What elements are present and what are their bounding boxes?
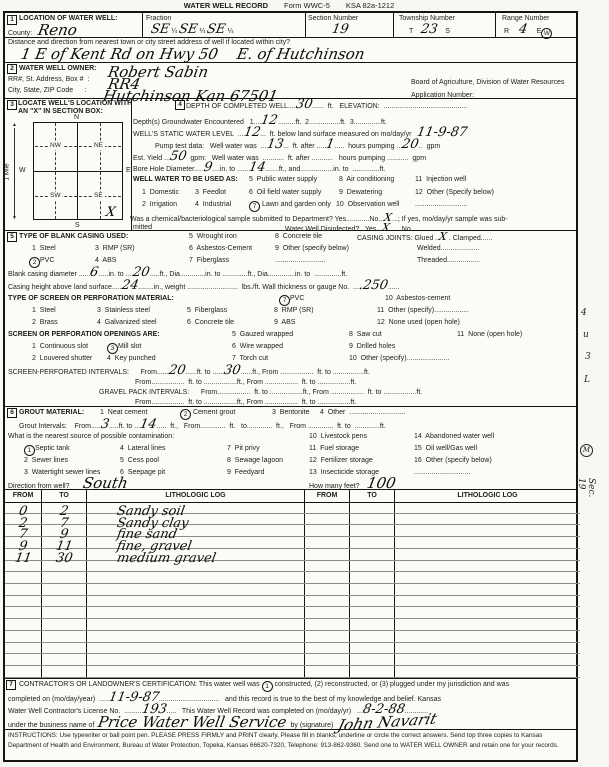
form-text: ..... ft., From............. ft. to.....… <box>157 423 386 430</box>
table-row: 27Sandy clay <box>5 514 580 526</box>
handwritten-value: E. of Hutchinson <box>237 51 366 58</box>
table-cell <box>305 514 350 525</box>
table-row <box>5 619 580 631</box>
column-header-from: FROM <box>305 489 350 502</box>
handwritten-value: 0 <box>18 508 28 515</box>
table-cell <box>5 666 42 677</box>
form-text: .....ft. to ... <box>109 423 140 430</box>
openings-heading: SCREEN OR PERFORATION OPENINGS ARE: <box>8 331 160 339</box>
form-text: Casing height above land surface..... <box>8 284 122 291</box>
margin-mark: 3 <box>585 352 591 362</box>
table-cell <box>87 572 305 583</box>
form-text: Grout Intervals: From..... <box>19 423 101 430</box>
form-text: Was a chemical/bacteriological sample su… <box>130 216 384 223</box>
table-cell <box>395 643 580 654</box>
option-fertilizer-storage: 12 Fertilizer storage <box>309 457 373 465</box>
casing-height-line: Casing height above land surface.....24.… <box>8 282 400 292</box>
section4-number-box: 4 <box>175 100 185 110</box>
bore-hole-diameter-line: Bore Hole Diameter.....9....in. to .....… <box>133 164 385 174</box>
option-concrete-tile-screen: 6 Concrete tile <box>187 319 234 327</box>
option-other-screen: 11 Other (specify).................. <box>377 307 469 315</box>
option-rmp-sr: 3 RMP (SR) <box>95 245 135 253</box>
divider <box>5 678 576 679</box>
option-steel-casing: 1 Steel <box>32 245 56 253</box>
table-row: 911fine, gravel <box>5 537 580 549</box>
form-body: 1 LOCATION OF WATER WELL: County: Reno F… <box>3 11 578 762</box>
option-neat-cement: 1 Neat cement <box>100 409 147 417</box>
table-cell <box>395 631 580 642</box>
table-cell: 7 <box>5 525 42 536</box>
form-text: Lawn and garden only <box>260 201 331 208</box>
certification-line-1: CONTRACTOR'S OR LANDOWNER'S CERTIFICATIO… <box>19 681 509 692</box>
form-text: SCREEN-PERFORATED INTERVALS: From...... <box>8 369 169 376</box>
table-cell <box>42 631 87 642</box>
column-header-lithologic-log: LITHOLOGIC LOG <box>395 489 580 502</box>
form-text: .........ft. 2................ft. 3.....… <box>278 119 387 126</box>
handwritten-value: 11 <box>55 543 73 550</box>
option-other-casing-dots: .......................... <box>275 257 326 265</box>
handwritten-value: 20 <box>402 141 420 148</box>
form-text: under the business name of <box>8 722 98 729</box>
handwritten-value: South <box>82 480 128 487</box>
handwritten-value: 9 <box>203 164 213 171</box>
table-cell <box>350 631 395 642</box>
table-cell <box>395 549 580 560</box>
form-number: Form WWC-5 <box>284 1 330 10</box>
table-cell <box>5 607 42 618</box>
option-torch-cut: 7 Torch cut <box>232 355 268 363</box>
column-header-from: FROM <box>5 489 42 502</box>
option-continuous-slot: 1 Continuous slot <box>32 343 88 351</box>
handwritten-value: Reno <box>37 27 77 34</box>
table-cell <box>305 666 350 677</box>
margin-mark: L <box>584 375 590 385</box>
circled-choice: 7 <box>279 295 290 306</box>
table-cell <box>305 561 350 572</box>
handwritten-value: fine sand <box>116 531 177 538</box>
table-cell <box>395 584 580 595</box>
handwritten-value: SE <box>179 26 199 33</box>
table-cell: Sandy clay <box>87 514 305 525</box>
table-cell <box>87 584 305 595</box>
option-pvc-screen-circled: 7PVC <box>279 295 304 306</box>
table-cell <box>350 525 395 536</box>
table-cell <box>395 619 580 630</box>
table-cell <box>5 643 42 654</box>
option-pit-privy: 7 Pit privy <box>227 445 260 453</box>
form-text: ...; If yes, mo/day/yr sample was sub- <box>392 216 508 223</box>
compass-north-label: N <box>74 114 79 122</box>
depth-completed-well-line: DEPTH OF COMPLETED WELL....30...... ft. … <box>186 101 467 111</box>
circled-choice: 2 <box>180 409 191 420</box>
table-cell <box>305 643 350 654</box>
column-header-to: TO <box>42 489 87 502</box>
form-text: .....ft., Dia.............in. to .......… <box>150 271 347 278</box>
handwritten-value: 2 <box>59 508 69 515</box>
section6-number-box: 6 <box>7 408 17 418</box>
table-cell: 30 <box>42 549 87 560</box>
screen-perforated-intervals-line: SCREEN-PERFORATED INTERVALS: From......2… <box>8 367 370 377</box>
table-row: 1130medium gravel <box>5 549 580 561</box>
interval-blank-line: From................. ft. to ...........… <box>135 379 356 387</box>
gravel-pack-intervals-line: GRAVEL PACK INTERVALS: From.............… <box>99 389 422 397</box>
table-cell <box>305 607 350 618</box>
table-cell: medium gravel <box>87 549 305 560</box>
option-irrigation: 2 Irrigation <box>142 201 177 209</box>
table-cell <box>350 537 395 548</box>
casing-joints-welded: Welded.................... <box>417 245 480 253</box>
option-feedlot: 3 Feedlot <box>195 189 226 197</box>
table-cell <box>87 619 305 630</box>
option-septic-tank-circled: 1Septic tank <box>24 445 70 456</box>
form-text: . Clamped...... <box>447 235 493 242</box>
handwritten-value: 9 <box>18 543 28 550</box>
table-cell <box>350 514 395 525</box>
form-text: Est. Yield ... <box>133 155 170 162</box>
handwritten-value: Price Water Well Service <box>98 719 288 726</box>
handwritten-value: 23 <box>420 26 438 33</box>
divider <box>495 13 496 37</box>
table-cell <box>5 596 42 607</box>
option-other-openings: 10 Other (specify)...................... <box>349 355 449 363</box>
table-cell <box>305 654 350 665</box>
table-cell <box>42 607 87 618</box>
handwritten-value: X <box>105 209 115 216</box>
compass-south-label: S <box>75 222 80 230</box>
margin-section-note: Sec. 19 <box>576 478 596 497</box>
table-row <box>5 631 580 643</box>
column-header-lithologic-log: LITHOLOGIC LOG <box>87 489 305 502</box>
circled-choice: 2 <box>29 257 40 268</box>
handwritten-value: SE <box>207 26 227 33</box>
option-wrought-iron: 5 Wrought iron <box>189 233 237 241</box>
address-label: RR#, St. Address, Box # : <box>8 76 89 84</box>
form-text: gpm: Well water was ........... ft. afte… <box>187 155 427 162</box>
table-cell <box>305 572 350 583</box>
option-public-water-supply: 5 Public water supply <box>249 176 317 184</box>
option-none-open-hole: 11 None (open hole) <box>457 331 522 339</box>
table-cell <box>87 596 305 607</box>
option-pvc-casing-circled: 2PVC <box>29 257 54 268</box>
quadrant-sw-label: SW <box>48 192 62 200</box>
divider <box>5 37 576 38</box>
table-cell: 0 <box>5 502 42 513</box>
table-cell <box>395 654 580 665</box>
casing-joints-glued-line: CASING JOINTS: Glued . X . Clamped...... <box>357 233 492 243</box>
table-row <box>5 666 580 678</box>
option-lawn-garden-circled: 7 Lawn and garden only <box>249 201 331 212</box>
table-row: 02Sandy soil <box>5 502 580 514</box>
table-cell <box>42 654 87 665</box>
table-cell <box>87 666 305 677</box>
table-cell <box>5 584 42 595</box>
well-location-x-mark: X <box>106 209 115 219</box>
handwritten-value: 50 <box>169 153 187 160</box>
distance-answer: 1 E of Kent Rd on Hwy 50 E. of Hutchinso… <box>21 51 365 62</box>
handwritten-value: 20 <box>168 367 186 374</box>
form-text: ... ft. after ..... <box>283 143 326 150</box>
option-sewage-lagoon: 8 Sewage lagoon <box>227 457 283 465</box>
table-cell <box>305 537 350 548</box>
city-label: City, State, ZIP Code : <box>8 87 87 95</box>
option-drilled-holes: 9 Drilled holes <box>349 343 395 351</box>
option-cess-pool: 5 Cess pool <box>120 457 159 465</box>
section3-number-box: 3 <box>7 100 17 110</box>
option-wire-wrapped: 6 Wire wrapped <box>232 343 283 351</box>
table-cell <box>395 596 580 607</box>
table-cell: Sandy soil <box>87 502 305 513</box>
table-cell <box>395 572 580 583</box>
form-text: County: <box>8 30 38 37</box>
section5-number-box: 5 <box>7 232 17 242</box>
use-heading: WELL WATER TO BE USED AS: <box>133 176 238 184</box>
option-observation-well: 10 Observation well <box>336 201 399 209</box>
form-text: CONTRACTOR'S OR LANDOWNER'S CERTIFICATIO… <box>19 681 262 688</box>
quadrant-nw-label: NW <box>48 142 63 150</box>
form-text: S <box>437 28 449 35</box>
form-text: ......ft., From ................. ft. to… <box>241 369 370 376</box>
table-cell <box>305 619 350 630</box>
form-text: Septic tank <box>35 445 70 452</box>
option-feedyard: 9 Feedyard <box>227 469 264 477</box>
handwritten-value: 11 <box>14 555 32 562</box>
quadrant-ne-label: NE <box>92 142 105 150</box>
table-cell <box>305 549 350 560</box>
quadrant-se-label: SE <box>92 192 105 200</box>
table-cell <box>5 619 42 630</box>
circled-choice: 3 <box>107 343 118 354</box>
table-cell <box>87 607 305 618</box>
option-other-contamination-dots: ............................. <box>414 469 470 477</box>
divider <box>393 13 394 37</box>
handwritten-value: 12 <box>243 129 261 136</box>
handwritten-value: 13 <box>266 141 284 148</box>
scanned-water-well-record: WATER WELL RECORD Form WWC-5 KSA 82a-121… <box>0 0 609 767</box>
table-cell <box>395 537 580 548</box>
table-row <box>5 584 580 596</box>
margin-mark: 4 <box>581 308 587 318</box>
section1-number-box: 1 <box>7 15 17 25</box>
form-text: ....in. to ...... <box>212 166 249 173</box>
divider <box>5 62 576 63</box>
table-cell <box>305 584 350 595</box>
quarter-dash <box>100 123 101 219</box>
table-cell <box>350 502 395 513</box>
table-cell <box>395 514 580 525</box>
form-text: Bore Hole Diameter..... <box>133 166 204 173</box>
table-cell <box>305 596 350 607</box>
form-text: Cement grout <box>191 409 235 416</box>
handwritten-value: 2 <box>18 520 28 527</box>
mile-scale-arrow-up: ▲ <box>12 123 17 128</box>
handwritten-value: 30 <box>55 555 73 562</box>
table-cell <box>395 666 580 677</box>
option-brass-screen: 2 Brass <box>32 319 58 327</box>
table-cell <box>87 631 305 642</box>
form-text: constructed, (2) reconstructed, or (3) p… <box>273 681 510 688</box>
compass-west-label: W <box>19 167 26 175</box>
form-text: E <box>527 28 541 35</box>
table-cell <box>305 502 350 513</box>
handwritten-value: 30 <box>295 101 313 108</box>
handwritten-value: 7 <box>59 520 69 527</box>
option-fiberglass-casing: 7 Fiberglass <box>189 257 229 265</box>
mile-scale-label: 1 Mile <box>4 163 12 180</box>
handwritten-value: 20 <box>133 269 151 276</box>
quarter-dash <box>55 123 56 219</box>
option-other-contamination: 16 Other (specify below) <box>414 457 492 465</box>
table-row <box>5 654 580 666</box>
table-cell: fine, gravel <box>87 537 305 548</box>
section3-heading-line2: AN "X" IN SECTION BOX: <box>18 108 103 116</box>
form-text: PVC <box>290 295 304 302</box>
table-cell: 7 <box>42 514 87 525</box>
table-cell <box>395 561 580 572</box>
form-text: .. gpm <box>419 143 440 150</box>
table-cell <box>87 643 305 654</box>
form-text: completed on (mo/day/year) ..... <box>8 696 109 703</box>
table-cell <box>5 654 42 665</box>
table-row <box>5 643 580 655</box>
form-title-row: WATER WELL RECORD Form WWC-5 KSA 82a-121… <box>0 1 578 10</box>
owner-label: WATER WELL OWNER: <box>19 65 97 73</box>
option-other-grout: 4 Other ............................. <box>320 409 406 417</box>
handwritten-value: medium gravel <box>116 555 216 562</box>
table-cell <box>350 654 395 665</box>
form-text: ......ft. to ...... <box>185 369 224 376</box>
form-text <box>218 54 237 61</box>
option-other-casing: 9 Other (specify below) <box>275 245 349 253</box>
form-text: R <box>504 28 519 35</box>
option-industrial: 4 Industrial <box>195 201 231 209</box>
option-mill-slot-circled: 3Mill slot <box>107 343 141 354</box>
option-abs-casing: 4 ABS <box>95 257 116 265</box>
grout-heading: GROUT MATERIAL: <box>19 409 84 417</box>
table-cell <box>350 596 395 607</box>
handwritten-value: 12 <box>261 117 279 124</box>
option-asbestos-cement-screen: 10 Asbestos-cement <box>385 295 450 303</box>
table-cell <box>42 666 87 677</box>
option-air-conditioning: 8 Air conditioning <box>339 176 394 184</box>
table-cell <box>395 502 580 513</box>
lithologic-table-header: FROM TO LITHOLOGIC LOG FROM TO LITHOLOGI… <box>5 489 580 502</box>
handwritten-value: 100 <box>367 480 397 487</box>
blank-casing-diameter-line: Blank casing diameter ......6.....in. to… <box>8 269 347 279</box>
table-cell <box>42 584 87 595</box>
form-text: Blank casing diameter ...... <box>8 271 90 278</box>
form-text: .....in. to .... <box>99 271 134 278</box>
option-none-used: 12 None used (open hole) <box>377 319 460 327</box>
handwritten-value: Sandy clay <box>116 520 189 527</box>
grout-intervals-line: Grout Intervals: From.....3.....ft. to .… <box>19 421 386 431</box>
circled-choice: 1 <box>24 445 35 456</box>
form-text: Mill slot <box>118 343 141 350</box>
compass-east-label: E <box>126 167 131 175</box>
table-cell <box>350 643 395 654</box>
option-fuel-storage: 11 Fuel storage <box>309 445 359 453</box>
mile-scale-arrow-down: ▼ <box>12 216 17 221</box>
contamination-heading: What is the nearest source of possible c… <box>8 433 174 441</box>
table-cell <box>42 619 87 630</box>
table-cell <box>5 572 42 583</box>
form-text: WELL'S STATIC WATER LEVEL ... <box>133 131 244 138</box>
form-text: ¼ <box>226 28 234 35</box>
handwritten-value: fine, gravel <box>116 543 192 550</box>
table-cell: 11 <box>42 537 87 548</box>
form-text: ...... ft. ELEVATION: ..................… <box>312 103 467 110</box>
option-louvered-shutter: 2 Louvered shutter <box>32 355 92 363</box>
table-cell: fine sand <box>87 525 305 536</box>
option-saw-cut: 8 Saw cut <box>349 331 382 339</box>
table-cell <box>42 643 87 654</box>
screen-material-heading: TYPE OF SCREEN OR PERFORATION MATERIAL: <box>8 295 174 303</box>
handwritten-value: 11-9-87 <box>417 129 468 136</box>
handwritten-value: X <box>384 214 393 221</box>
table-cell <box>350 619 395 630</box>
table-cell: 11 <box>5 549 42 560</box>
handwritten-value: John Navarit <box>337 716 437 730</box>
section2-number-box: 2 <box>7 64 17 74</box>
handwritten-value: 1 E of Kent Rd on Hwy 50 <box>20 51 218 58</box>
table-cell <box>350 666 395 677</box>
option-concrete-tile: 8 Concrete tile <box>275 233 322 241</box>
handwritten-value: 24 <box>121 282 139 289</box>
form-text: PVC <box>40 257 54 264</box>
option-asbestos-cement: 6 Asbestos-Cement <box>189 245 252 253</box>
table-cell <box>42 572 87 583</box>
estimated-yield-line: Est. Yield ...50 gpm: Well water was ...… <box>133 153 426 163</box>
handwritten-value: 4 <box>518 26 528 33</box>
option-steel-screen: 1 Steel <box>32 307 56 315</box>
table-row <box>5 572 580 584</box>
table-cell <box>87 654 305 665</box>
form-text: .......ft., and.................in. to .… <box>265 166 385 173</box>
table-cell <box>350 561 395 572</box>
option-bentonite: 3 Bentonite <box>272 409 309 417</box>
table-cell <box>350 584 395 595</box>
circled-choice: 7 <box>249 201 260 212</box>
fraction-field: SE ¼ SE ¼ SE ¼ <box>151 26 233 36</box>
form-statute: KSA 82a-1212 <box>346 1 394 10</box>
table-cell <box>395 525 580 536</box>
table-cell <box>395 607 580 618</box>
circled-choice: 1 <box>262 681 273 692</box>
sample-submitted-line: Was a chemical/bacteriological sample su… <box>130 214 508 224</box>
column-header-to: TO <box>350 489 395 502</box>
option-abs-screen: 9 ABS <box>274 319 295 327</box>
table-cell <box>5 631 42 642</box>
option-dewatering: 9 Dewatering <box>339 189 382 197</box>
handwritten-value: 7 <box>18 531 28 538</box>
option-domestic: 1 Domestic <box>142 189 179 197</box>
option-key-punched: 4 Key punched <box>107 355 156 363</box>
pump-test-line: Pump test data: Well water was ...13... … <box>155 141 440 151</box>
option-livestock-pens: 10 Livestock pens <box>309 433 367 441</box>
option-gauzed-wrapped: 5 Gauzed wrapped <box>232 331 293 339</box>
option-fiberglass-screen: 5 Fiberglass <box>187 307 227 315</box>
section-number-field: 19 <box>332 26 349 36</box>
option-stainless-steel: 3 Stainless steel <box>97 307 150 315</box>
divider <box>305 13 306 37</box>
table-cell <box>350 549 395 560</box>
option-cement-grout-circled: 2 Cement grout <box>180 409 235 420</box>
option-other-use: 12 Other (Specify below) <box>415 189 494 197</box>
option-oil-field-water-supply: 6 Oil field water supply <box>249 189 321 197</box>
section7-number-box: 7 <box>6 680 16 690</box>
mile-scale-line <box>14 128 15 216</box>
table-cell <box>350 572 395 583</box>
form-text: GRAVEL PACK INTERVALS: From.............… <box>99 389 422 396</box>
